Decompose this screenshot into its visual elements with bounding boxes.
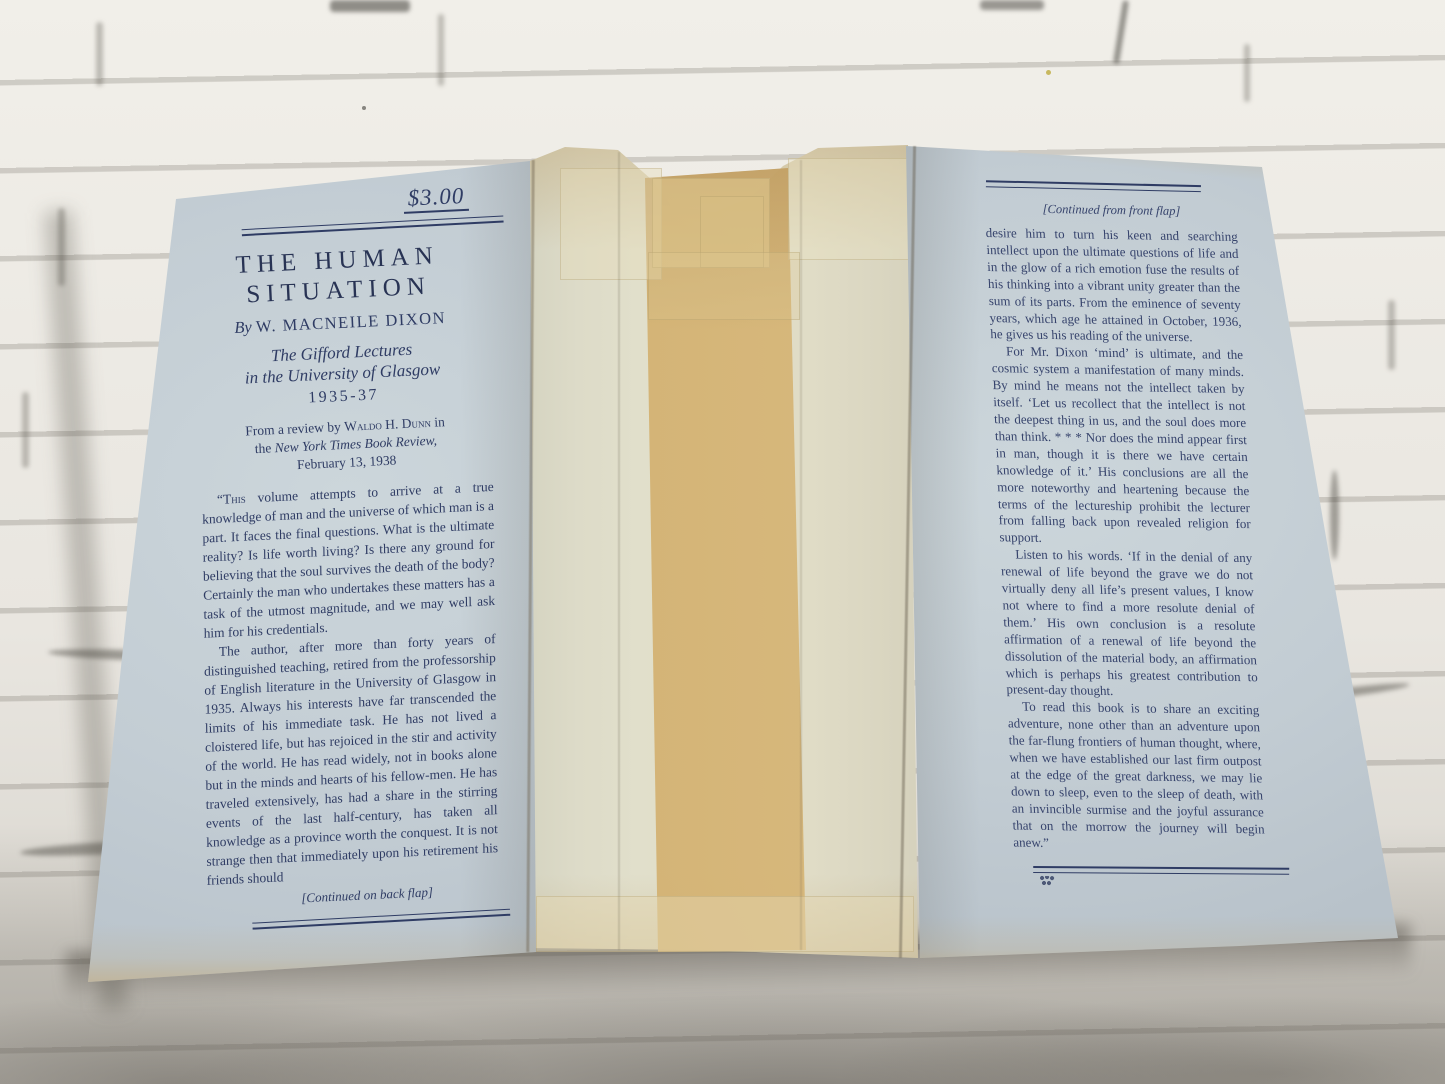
tape-remnant bbox=[648, 252, 800, 320]
printers-mark-icon bbox=[1039, 875, 1057, 885]
body-paragraph: Listen to his words. ‘If in the denial o… bbox=[1000, 546, 1259, 702]
review-prefix: From a review by bbox=[245, 419, 341, 438]
tape-remnant bbox=[788, 158, 912, 260]
author-name: W. MACNEILE DIXON bbox=[255, 308, 446, 336]
review-suffix: in bbox=[434, 414, 445, 429]
front-flap-text: $3.00 THE HUMAN SITUATION By W. MACNEILE… bbox=[188, 182, 514, 930]
tape-remnant bbox=[536, 896, 914, 952]
crease-line bbox=[800, 160, 802, 950]
back-flap-body: desire him to turn his keen and searchin… bbox=[985, 225, 1265, 855]
reviewer-name: Waldo H. Dunn bbox=[344, 415, 431, 434]
double-rule-bottom bbox=[1033, 865, 1289, 874]
paragraph-rest: volume attempts to arrive at a true know… bbox=[202, 479, 495, 641]
review-source-prefix: the bbox=[254, 440, 271, 456]
photo-scene: $3.00 THE HUMAN SITUATION By W. MACNEILE… bbox=[0, 0, 1445, 1084]
price-label: $3.00 bbox=[403, 183, 469, 214]
book-title: THE HUMAN SITUATION bbox=[191, 239, 486, 313]
byline: By W. MACNEILE DIXON bbox=[194, 306, 487, 340]
tape-remnant bbox=[560, 168, 662, 280]
dust-jacket: $3.00 THE HUMAN SITUATION By W. MACNEILE… bbox=[0, 0, 1445, 1084]
back-flap-text: [Continued from front flap] desire him t… bbox=[975, 181, 1238, 888]
front-flap-body: “This volume attempts to arrive at a tru… bbox=[202, 477, 499, 890]
paragraph-lead: “This bbox=[217, 491, 246, 507]
body-paragraph: To read this book is to share an excitin… bbox=[1007, 699, 1266, 855]
price-row: $3.00 bbox=[188, 182, 481, 224]
crease-line bbox=[618, 152, 620, 950]
body-paragraph: The author, after more than forty years … bbox=[204, 629, 499, 890]
body-paragraph: For Mr. Dixon ‘mind’ is ultimate, and th… bbox=[991, 343, 1252, 550]
review-date: February 13, 1938 bbox=[297, 452, 397, 472]
body-paragraph: “This volume attempts to arrive at a tru… bbox=[202, 477, 496, 643]
byline-prefix: By bbox=[234, 317, 252, 337]
review-attribution: From a review by Waldo H. Dunn in the Ne… bbox=[199, 411, 493, 479]
continued-note: [Continued from front flap] bbox=[985, 201, 1237, 220]
body-paragraph: desire him to turn his keen and searchin… bbox=[985, 225, 1242, 347]
